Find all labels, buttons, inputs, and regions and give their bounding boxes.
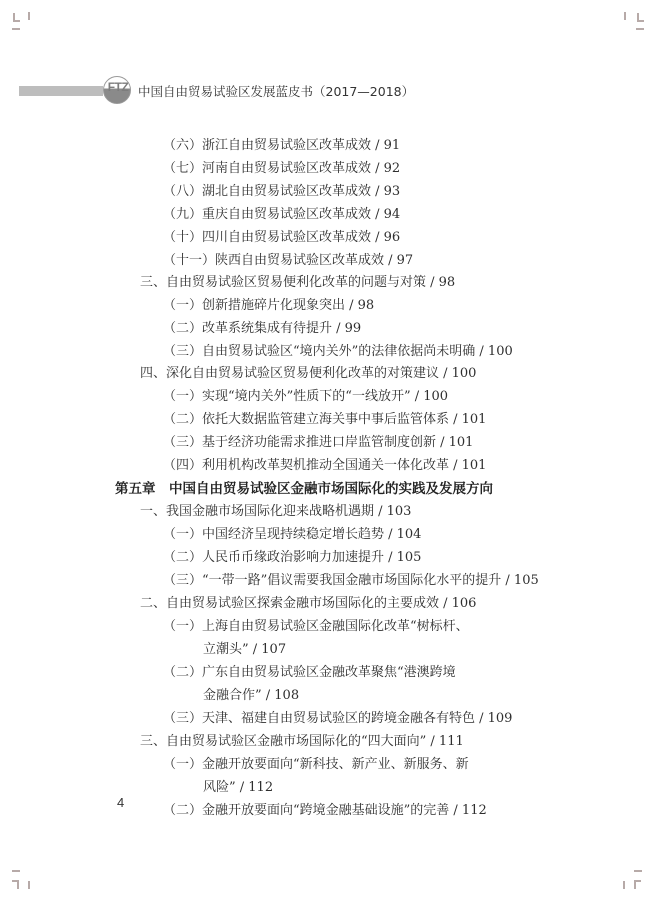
toc-subsection-entry: （二）依托大数据监管建立海关事中事后监管体系 / 101 (163, 411, 486, 429)
toc-subsection-entry: （三）自由贸易试验区“境内关外”的法律依据尚未明确 / 100 (163, 343, 513, 361)
crop-mark-bottom-right (634, 880, 636, 889)
toc-subsection-entry: （九）重庆自由贸易试验区改革成效 / 94 (163, 206, 400, 224)
page-number: 4 (117, 795, 124, 810)
ftz-logo-text: FTZ (104, 80, 132, 94)
toc-subsection-entry: （一）金融开放要面向“新科技、新产业、新服务、新 (163, 756, 469, 774)
crop-mark-bottom-right (634, 870, 642, 872)
crop-mark-bottom-left (28, 881, 30, 889)
toc-subsection-entry: （二）广东自由贸易试验区金融改革聚焦“港澳跨境 (163, 664, 456, 682)
running-header-title: 中国自由贸易试验区发展蓝皮书（2017—2018） (138, 82, 414, 100)
toc-subsection-entry: （二）人民币币缘政治影响力加速提升 / 105 (163, 549, 421, 567)
crop-mark-top-right (636, 28, 644, 30)
crop-mark-top-left (28, 12, 30, 20)
toc-section-entry: 二、自由贸易试验区探索金融市场国际化的主要成效 / 106 (140, 595, 476, 613)
toc-subsection-entry: （四）利用机构改革契机推动全国通关一体化改革 / 101 (163, 457, 486, 475)
toc-entry-continuation: 金融合作” / 108 (203, 687, 299, 705)
toc-section-entry: 四、深化自由贸易试验区贸易便利化改革的对策建议 / 100 (140, 365, 476, 383)
crop-mark-bottom-left (12, 870, 20, 872)
crop-mark-top-left (13, 20, 20, 22)
crop-mark-top-right (637, 20, 644, 22)
toc-section-entry: 三、自由贸易试验区贸易便利化改革的问题与对策 / 98 (140, 274, 455, 292)
toc-subsection-entry: （一）中国经济呈现持续稳定增长趋势 / 104 (163, 526, 421, 544)
crop-mark-top-right (624, 12, 626, 20)
toc-subsection-entry: （一）实现“境内关外”性质下的“一线放开” / 100 (163, 388, 448, 406)
crop-mark-bottom-right (623, 881, 625, 889)
toc-subsection-entry: （八）湖北自由贸易试验区改革成效 / 93 (163, 183, 400, 201)
toc-subsection-entry: （三）天津、福建自由贸易试验区的跨境金融各有特色 / 109 (163, 710, 512, 728)
toc-subsection-entry: （二）金融开放要面向“跨境金融基础设施”的完善 / 112 (163, 802, 487, 820)
ftz-logo: FTZ (103, 76, 131, 104)
toc-subsection-entry: （十）四川自由贸易试验区改革成效 / 96 (163, 229, 400, 247)
toc-section-entry: 一、我国金融市场国际化迎来战略机遇期 / 103 (140, 503, 411, 521)
crop-mark-bottom-left (17, 880, 19, 889)
toc-chapter-heading: 第五章 中国自由贸易试验区金融市场国际化的实践及发展方向 (115, 480, 493, 498)
toc-subsection-entry: （一）创新措施碎片化现象突出 / 98 (163, 297, 374, 315)
toc-subsection-entry: （一）上海自由贸易试验区金融国际化改革“树标杆、 (163, 618, 469, 636)
toc-entry-continuation: 风险” / 112 (203, 779, 273, 797)
toc-subsection-entry: （三）基于经济功能需求推进口岸监管制度创新 / 101 (163, 434, 473, 452)
toc-subsection-entry: （二）改革系统集成有待提升 / 99 (163, 320, 361, 338)
toc-subsection-entry: （六）浙江自由贸易试验区改革成效 / 91 (163, 137, 400, 155)
crop-mark-top-left (12, 28, 20, 30)
toc-subsection-entry: （七）河南自由贸易试验区改革成效 / 92 (163, 160, 400, 178)
toc-entry-continuation: 立潮头” / 107 (203, 641, 286, 659)
toc-section-entry: 三、自由贸易试验区金融市场国际化的“四大面向” / 111 (140, 733, 464, 751)
toc-subsection-entry: （三）“一带一路”倡议需要我国金融市场国际化水平的提升 / 105 (163, 572, 539, 590)
toc-subsection-entry: （十一）陕西自由贸易试验区改革成效 / 97 (163, 252, 413, 270)
header-decor-bar (19, 86, 103, 96)
